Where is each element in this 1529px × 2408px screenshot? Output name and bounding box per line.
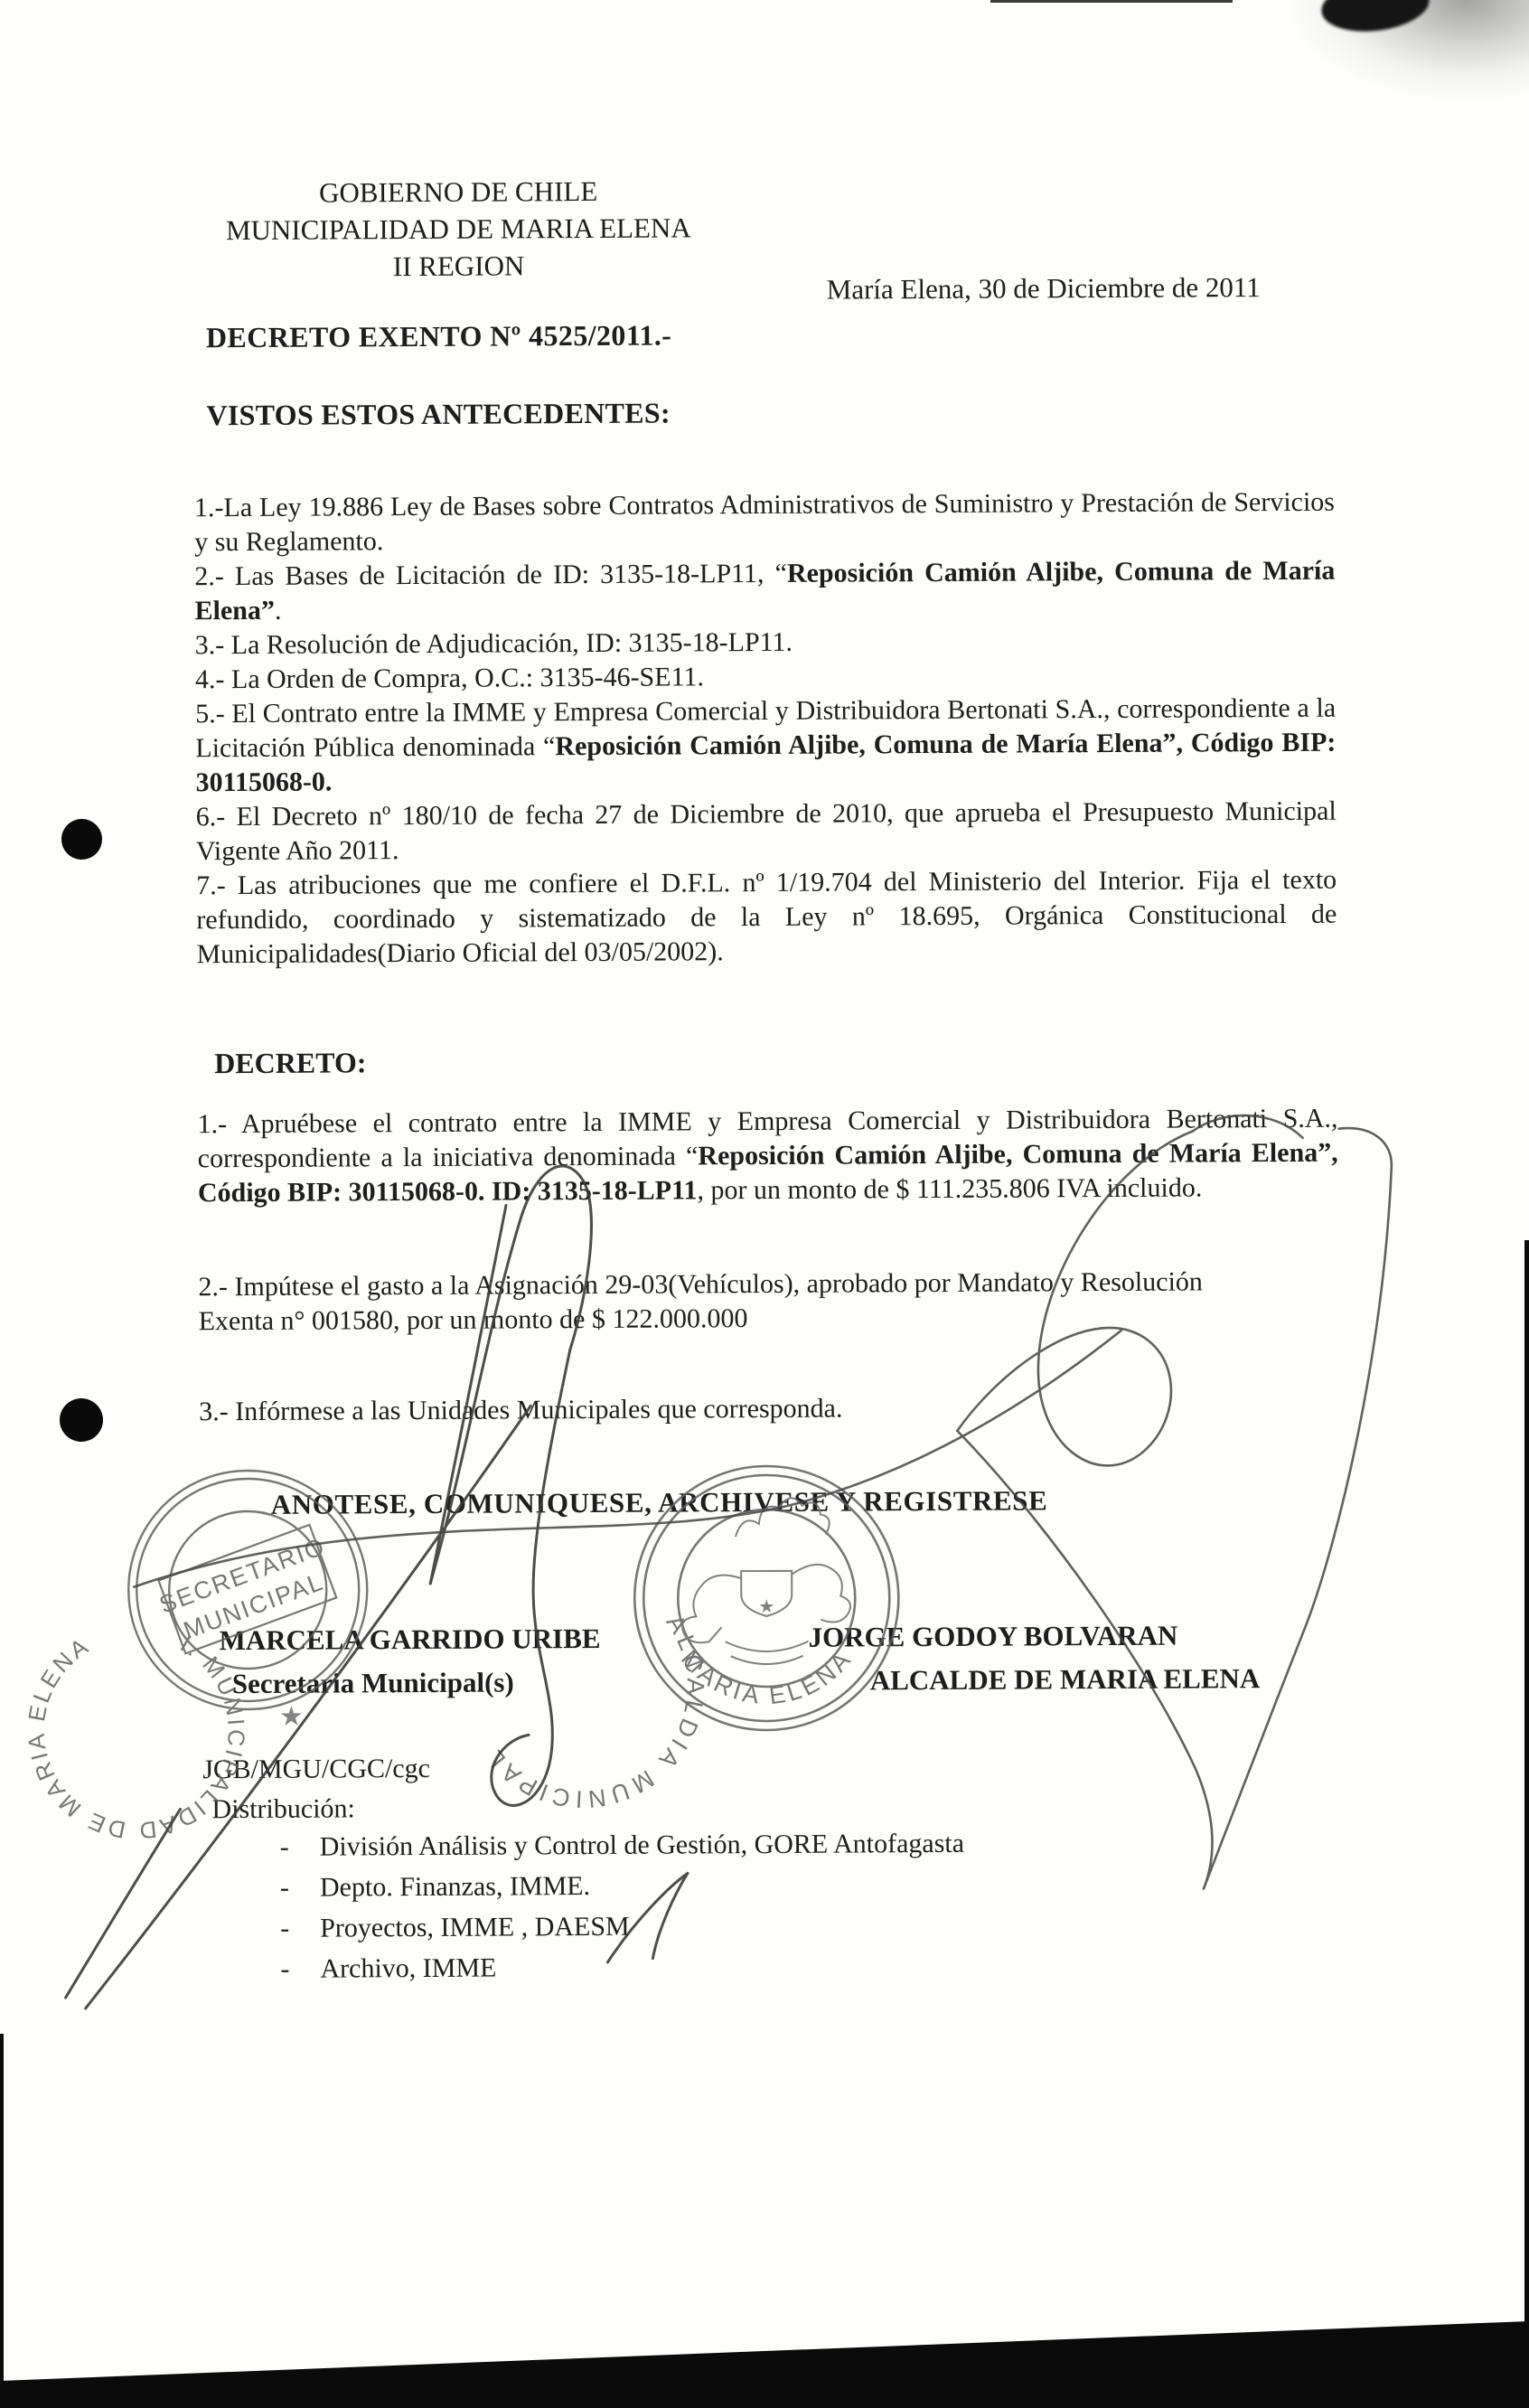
mayor-signature-strokes [132, 1115, 1396, 1894]
stamp-center-box: SECRETARIO MUNICIPAL [152, 1522, 342, 1656]
stamp-bottom-arc-text: MARIA ELENA [676, 1644, 858, 1710]
coat-of-arms-icon: ★ [681, 1498, 850, 1664]
hole-punch-dot-bottom [60, 1398, 103, 1442]
scanned-decree-page: GOBIERNO DE CHILE MUNICIPALIDAD DE MARIA… [0, 0, 1529, 2408]
secretary-signature-strokes [61, 1165, 689, 2008]
scan-right-black-edge [1524, 1240, 1529, 2325]
hole-punch-dot-top [61, 819, 102, 860]
scan-top-edge-line [990, 0, 1233, 3]
coat-of-arms-star: ★ [758, 1597, 774, 1617]
stamp-bottom-textpath: MARIA ELENA [676, 1644, 858, 1710]
stamps-and-signatures-layer: I. MUNICIPALIDAD DE MARIA ELENA SECRETAR… [0, 0, 1529, 2408]
document-ink-layer: GOBIERNO DE CHILE MUNICIPALIDAD DE MARIA… [0, 0, 1529, 2408]
scan-left-black-edge [0, 2034, 4, 2388]
secretary-stamp: I. MUNICIPALIDAD DE MARIA ELENA SECRETAR… [0, 1470, 369, 1891]
